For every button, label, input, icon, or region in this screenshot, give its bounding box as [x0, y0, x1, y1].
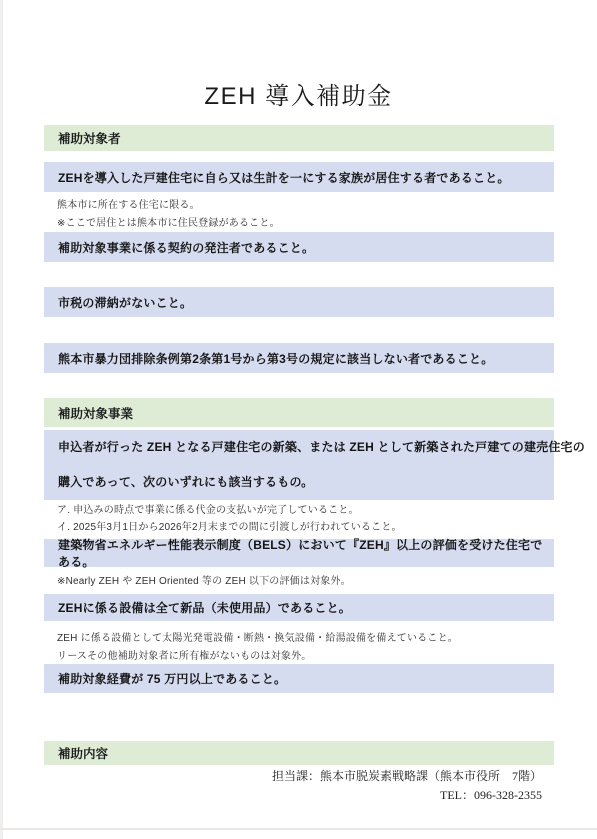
section-header-subsidy-details: 補助内容 [44, 741, 554, 765]
section-header-label: 補助対象者 [58, 129, 121, 147]
section-header-eligible-persons: 補助対象者 [44, 125, 554, 151]
subsidy-document-page: ZEH 導入補助金 補助対象者 ZEHを導入した戸建住宅に自ら又は生計を一にする… [0, 0, 597, 839]
requirement-text: 市税の滞納がないこと。 [58, 294, 192, 311]
page-left-edge [0, 0, 3, 839]
section-header-label: 補助内容 [58, 744, 108, 762]
requirement-text-line1: 申込者が行った ZEH となる戸建住宅の新築、または ZEH として新築された戸… [58, 430, 585, 465]
note-resident-registration: ※ここで居住とは熊本市に住民登録があること。 [57, 214, 557, 229]
requirement-text: ZEHを導入した戸建住宅に自ら又は生計を一にする家族が居住する者であること。 [58, 169, 510, 186]
requirement-text: 建築物省エネルギー性能表示制度（BELS）において『ZEH』以上の評価を受けた住… [58, 536, 544, 570]
section-header-eligible-projects: 補助対象事業 [44, 398, 554, 427]
section-header-label: 補助対象事業 [58, 404, 133, 422]
requirement-row-minimum-cost: 補助対象経費が 75 万円以上であること。 [44, 664, 554, 693]
requirement-text: 補助対象経費が 75 万円以上であること。 [58, 670, 286, 687]
requirement-row-new-construction: 申込者が行った ZEH となる戸建住宅の新築、または ZEH として新築された戸… [44, 430, 554, 500]
requirement-text: 補助対象事業に係る契約の発注者であること。 [58, 239, 314, 256]
footer-department: 担当課：熊本市脱炭素戦略課（熊本市役所 7階） [22, 767, 542, 784]
requirement-text-line2: 購入であって、次のいずれにも該当するもの。 [58, 465, 313, 500]
requirement-row-equipment-new: ZEHに係る設備は全て新品（未使用品）であること。 [44, 594, 554, 621]
note-condition-b-handover-period: イ. 2025年3月1日から2026年2月末までの間に引渡しが行われていること。 [57, 518, 557, 533]
note-nearly-zeh-excluded: ※Nearly ZEH や ZEH Oriented 等の ZEH 以下の評価は… [57, 572, 557, 587]
document-title: ZEH 導入補助金 [0, 76, 597, 111]
requirement-row-contract-orderer: 補助対象事業に係る契約の発注者であること。 [44, 232, 554, 262]
note-lease-excluded: リースその他補助対象者に所有権がないものは対象外。 [57, 647, 557, 662]
page-bottom-edge [0, 828, 597, 830]
requirement-row-residence: ZEHを導入した戸建住宅に自ら又は生計を一にする家族が居住する者であること。 [44, 162, 554, 192]
requirement-row-anti-gang-ordinance: 熊本市暴力団排除条例第2条第1号から第3号の規定に該当しない者であること。 [44, 343, 554, 373]
requirement-text: 熊本市暴力団排除条例第2条第1号から第3号の規定に該当しない者であること。 [58, 350, 493, 367]
note-kumamoto-location: 熊本市に所在する住宅に限る。 [57, 196, 557, 211]
note-required-equipment: ZEH に係る設備として太陽光発電設備・断熱・換気設備・給湯設備を備えていること… [57, 629, 557, 644]
footer-telephone: TEL：096-328-2355 [22, 786, 542, 803]
requirement-row-no-tax-delinquency: 市税の滞納がないこと。 [44, 287, 554, 317]
requirement-row-bels-evaluation: 建築物省エネルギー性能表示制度（BELS）において『ZEH』以上の評価を受けた住… [44, 539, 554, 567]
requirement-text: ZEHに係る設備は全て新品（未使用品）であること。 [58, 599, 351, 616]
note-condition-a-payment-complete: ア. 申込みの時点で事業に係る代金の支払いが完了していること。 [57, 501, 557, 516]
